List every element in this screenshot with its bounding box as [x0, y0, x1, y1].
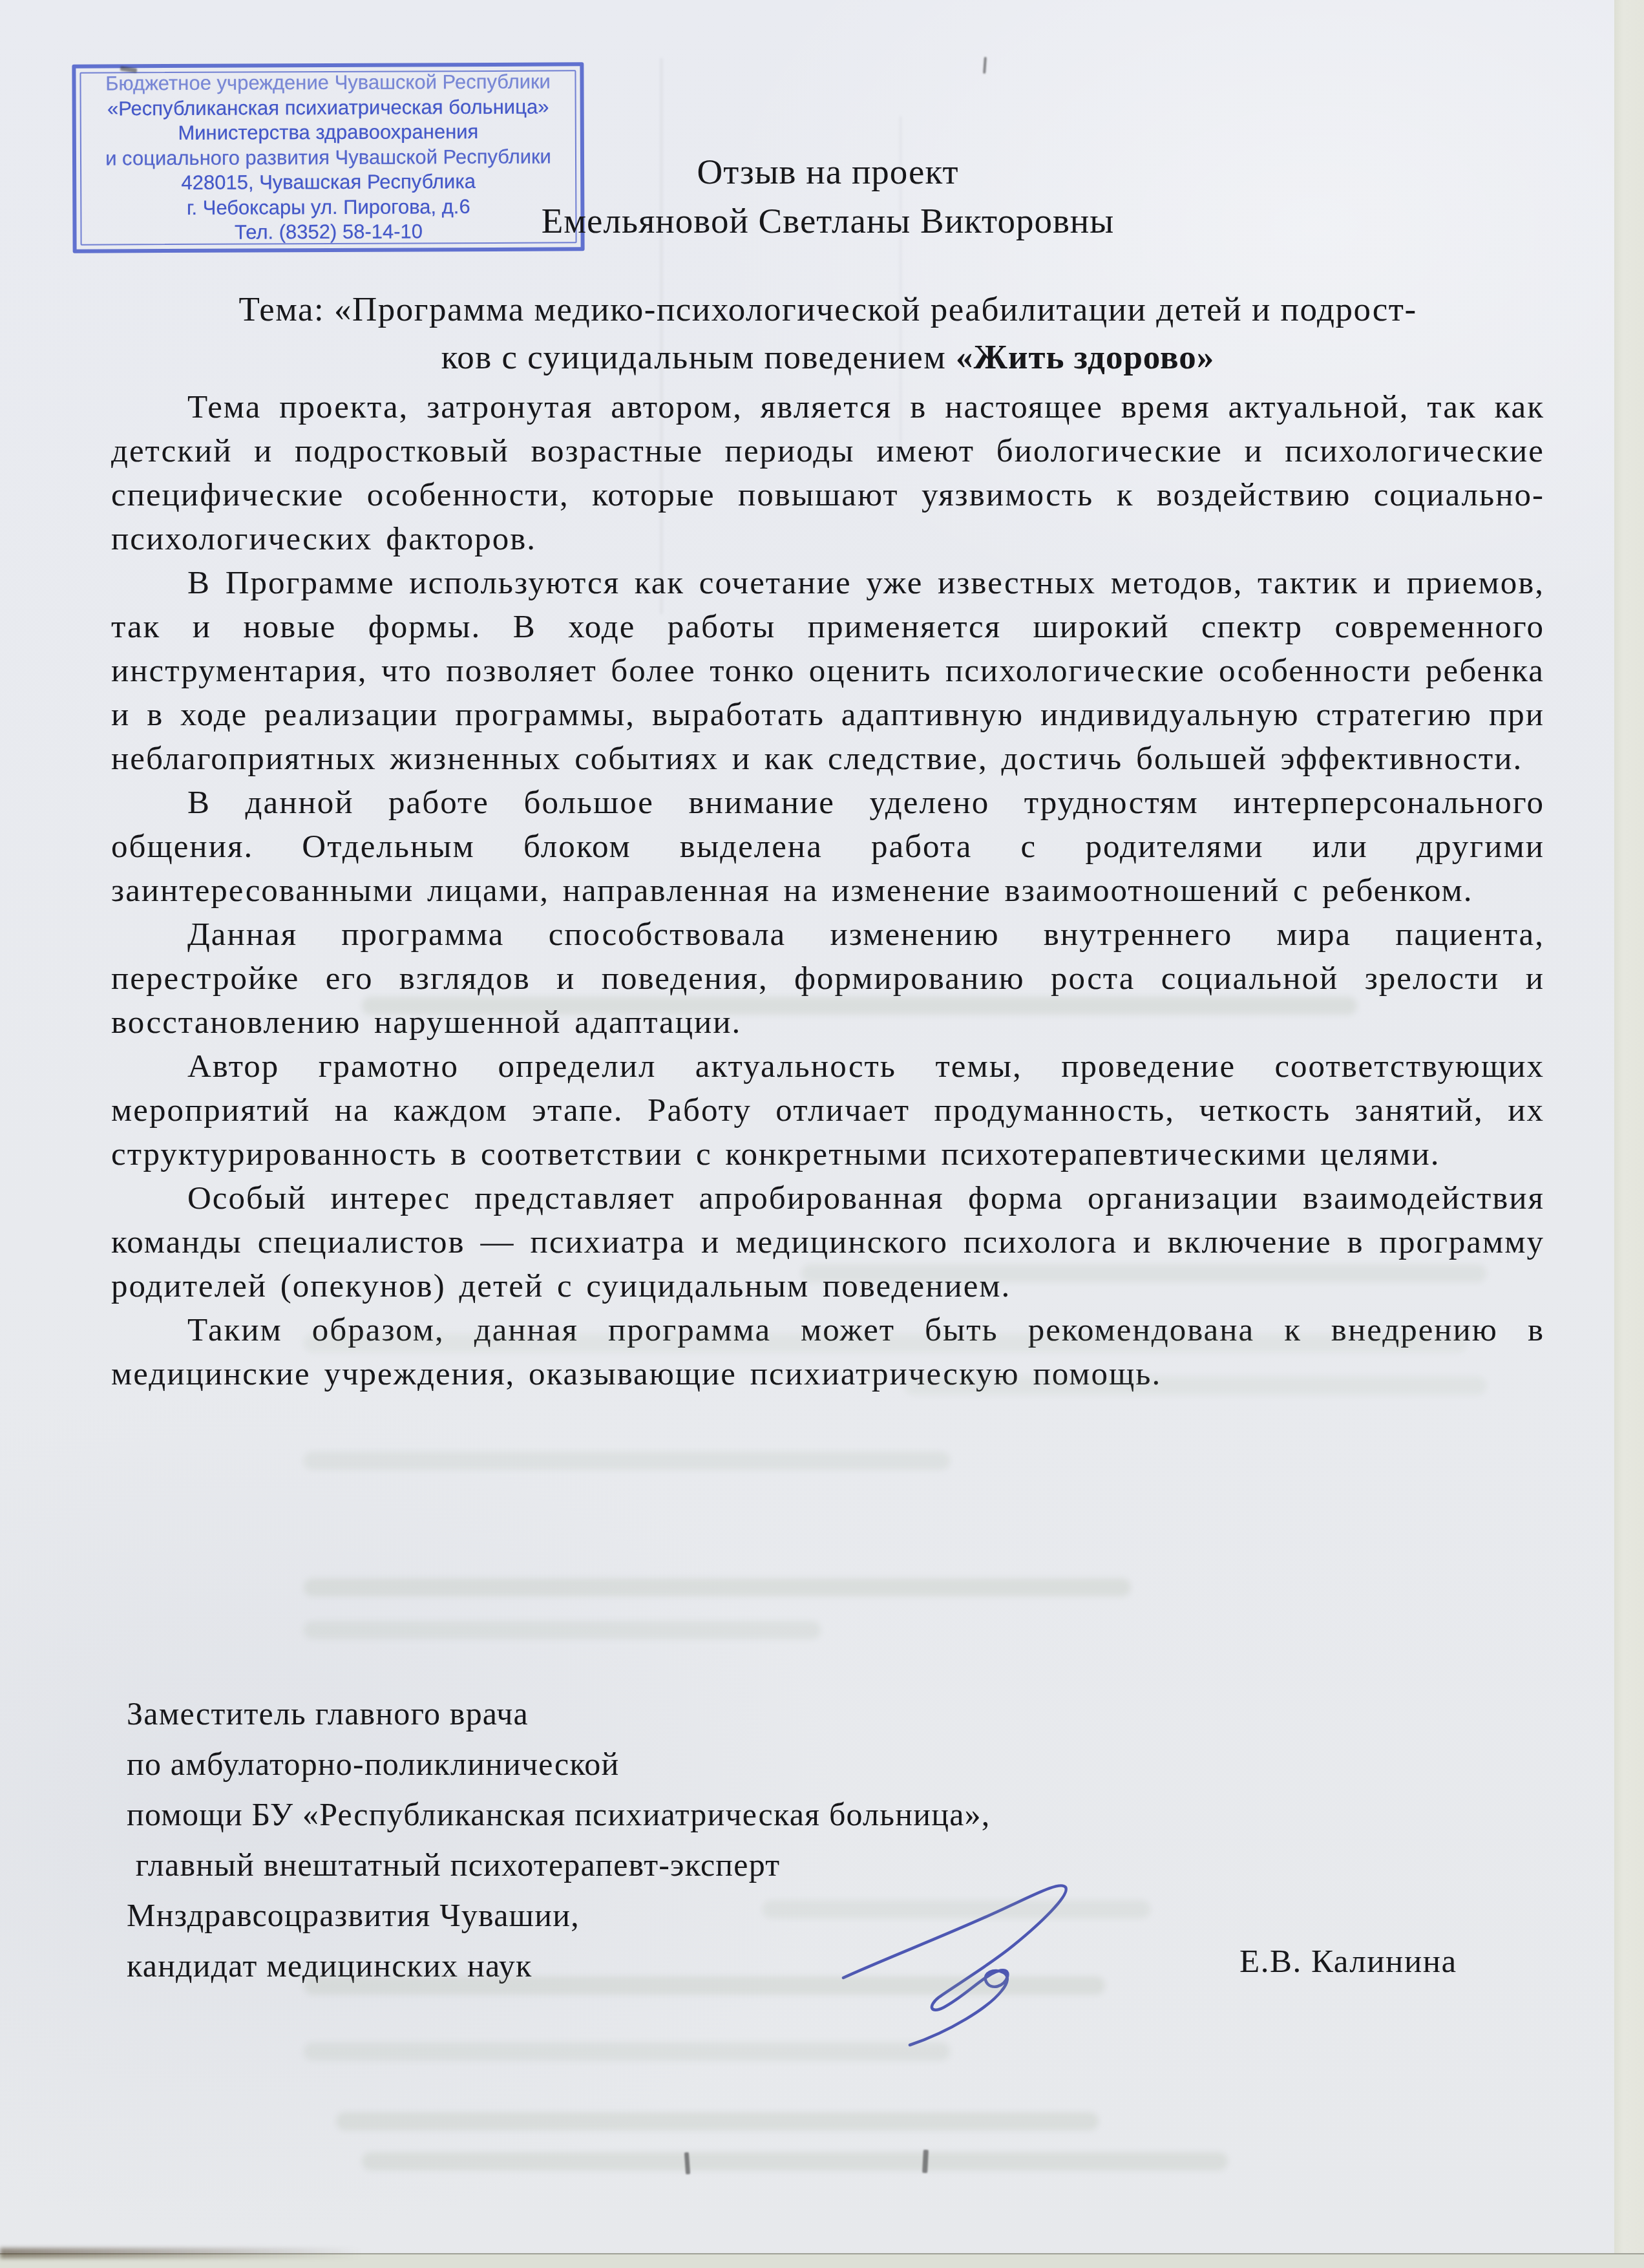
- subject-line-1: Тема: «Программа медико-психологической …: [111, 286, 1544, 334]
- body-paragraph: Данная программа способствовала изменени…: [111, 913, 1544, 1044]
- signature-block-line: помощи БУ «Республиканская психиатрическ…: [127, 1789, 1096, 1839]
- bleed-through-artifact: [336, 2112, 1099, 2130]
- body-paragraph: В данной работе большое внимание уделено…: [111, 781, 1544, 913]
- scanned-document-page: Бюджетное учреждение Чувашской Республик…: [0, 0, 1644, 2268]
- bleed-through-artifact: [304, 2042, 950, 2061]
- bleed-through-artifact: [304, 1977, 1105, 1995]
- signature-block-line: Заместитель главного врача: [127, 1688, 1096, 1739]
- scan-speck: [983, 57, 987, 74]
- bleed-through-artifact: [304, 1452, 950, 1470]
- bleed-through-artifact: [304, 1334, 1467, 1352]
- paper-edge-smudge: [0, 2248, 362, 2258]
- subject-block: Тема: «Программа медико-психологической …: [111, 286, 1544, 381]
- bleed-through-artifact: [362, 997, 1357, 1015]
- paper-crease: [660, 58, 662, 614]
- body-paragraph: Тема проекта, затронутая автором, являет…: [111, 385, 1544, 561]
- subject-line-2-text: ков с суицидальным поведением: [441, 339, 956, 376]
- stamp-line: «Республиканская психиатрическая больниц…: [83, 94, 574, 122]
- body-paragraph: В Программе используются как сочетание у…: [111, 561, 1544, 781]
- bleed-through-artifact: [763, 1900, 1150, 1918]
- signer-name: Е.В. Калинина: [1239, 1943, 1457, 1980]
- bleed-through-artifact: [304, 1621, 821, 1639]
- signature-block-line: по амбулаторно-поликлинической: [127, 1739, 1096, 1789]
- stamp-line: Бюджетное учреждение Чувашской Республик…: [82, 70, 573, 97]
- bleed-through-artifact: [905, 1377, 1486, 1395]
- subject-line-2: ков с суицидальным поведением «Жить здор…: [111, 334, 1544, 381]
- bleed-through-artifact: [801, 1264, 1486, 1282]
- title-line-2: Емельяновой Светланы Викторовны: [111, 196, 1544, 246]
- title-line-1: Отзыв на проект: [111, 147, 1544, 196]
- body-paragraph: Автор грамотно определил актуальность те…: [111, 1044, 1544, 1176]
- body-text: Тема проекта, затронутая автором, являет…: [111, 385, 1544, 1396]
- paper-crease: [900, 116, 901, 452]
- scanner-background-right: [1614, 0, 1644, 2268]
- document-title: Отзыв на проект Емельяновой Светланы Вик…: [111, 147, 1544, 246]
- bleed-through-artifact: [304, 1578, 1131, 1596]
- body-paragraph: Особый интерес представляет апробированн…: [111, 1176, 1544, 1308]
- stamp-line: Министерства здравоохранения: [83, 120, 574, 147]
- handwritten-signature: [808, 1847, 1105, 2061]
- bleed-through-artifact: [362, 2152, 1228, 2170]
- subject-line-2-bold: «Жить здорово»: [956, 339, 1214, 376]
